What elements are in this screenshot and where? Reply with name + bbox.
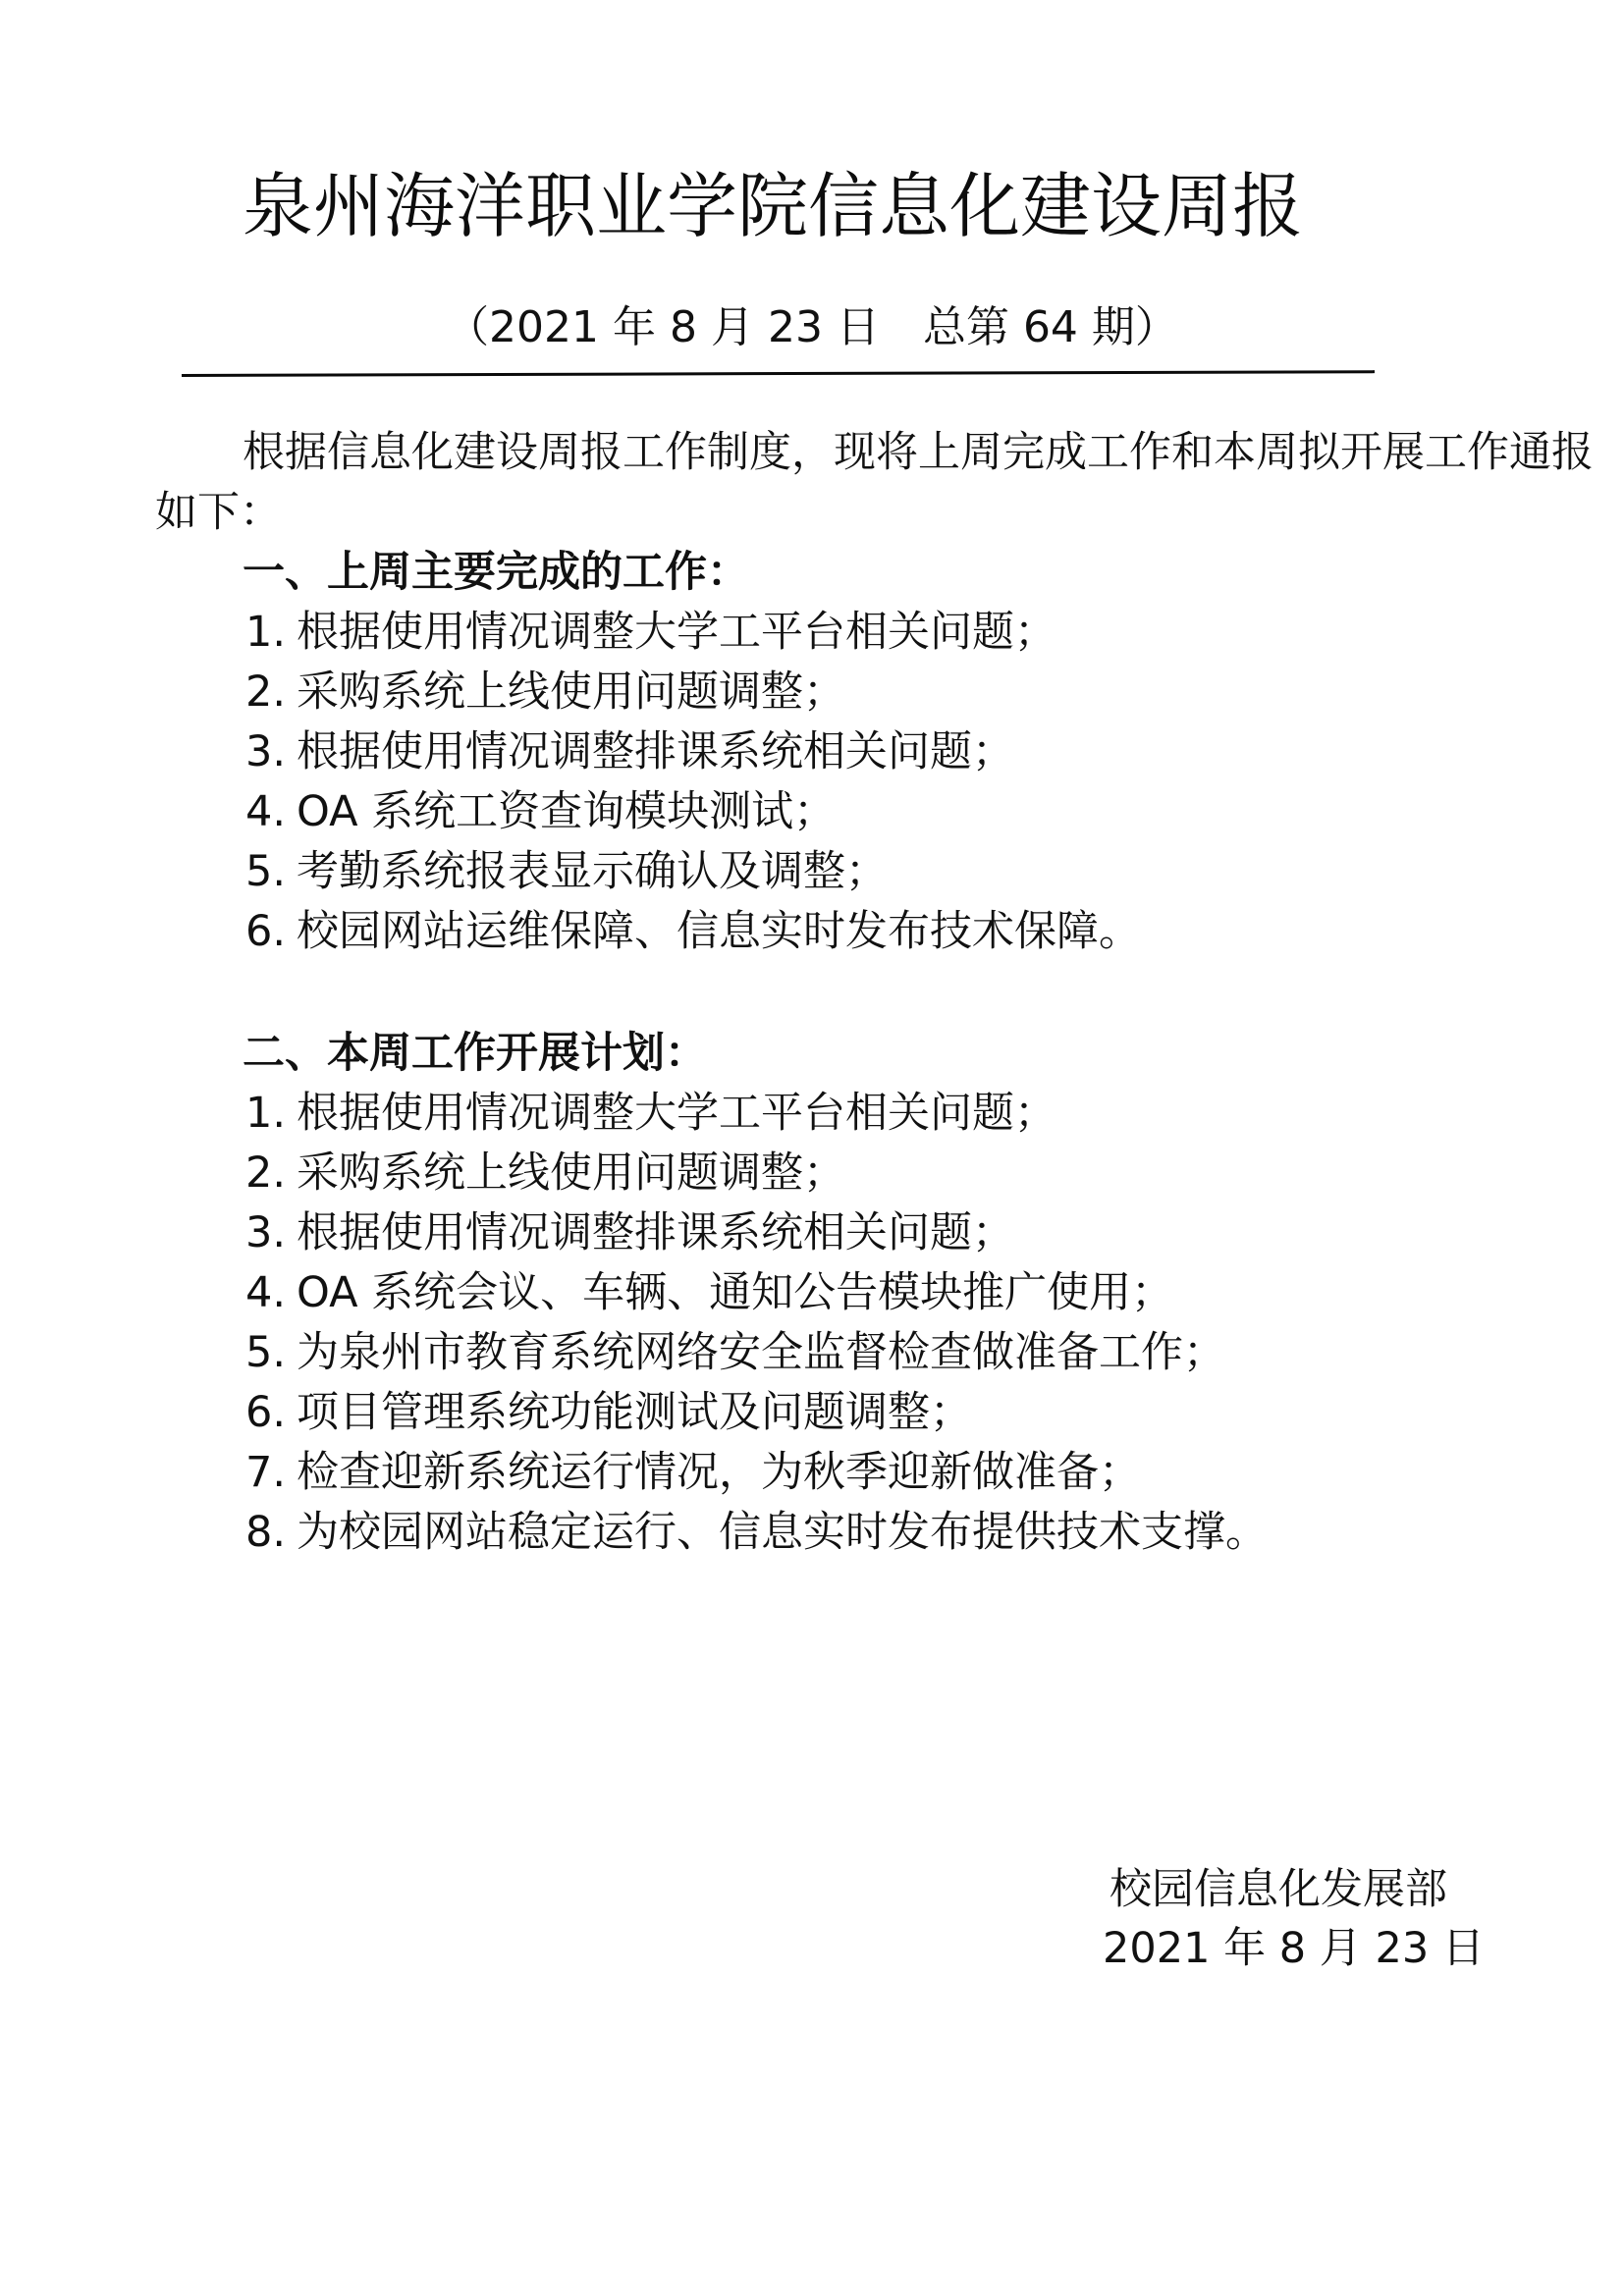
section2-heading: 二、本周工作开展计划：: [243, 1024, 707, 1084]
section1-item: 3.根据使用情况调整排课系统相关问题；: [245, 722, 1014, 782]
section1-item: 2.采购系统上线使用问题调整；: [245, 663, 845, 722]
signature-date: 2021 年 8 月 23 日: [1103, 1919, 1485, 1978]
item-text: 根据使用情况调整排课系统相关问题；: [297, 727, 1014, 776]
section2-item: 8.为校园网站稳定运行、信息实时发布提供技术支撑。: [245, 1503, 1268, 1563]
item-text: 根据使用情况调整排课系统相关问题；: [297, 1208, 1014, 1257]
item-text: 采购系统上线使用问题调整；: [297, 1148, 845, 1198]
item-number: 6.: [245, 902, 297, 962]
item-number: 6.: [245, 1383, 297, 1443]
item-text: 为校园网站稳定运行、信息实时发布提供技术支撑。: [297, 1508, 1268, 1557]
document-page: 泉州海洋职业学院信息化建设周报 （2021 年 8 月 23 日 总第 64 期…: [0, 0, 1624, 2296]
item-text: 检查迎新系统运行情况，为秋季迎新做准备；: [297, 1448, 1141, 1497]
document-title: 泉州海洋职业学院信息化建设周报: [243, 163, 1313, 249]
header-divider: [182, 370, 1375, 377]
item-number: 7.: [245, 1443, 297, 1503]
section1-item: 1.根据使用情况调整大学工平台相关问题；: [245, 603, 1056, 663]
item-number: 3.: [245, 722, 297, 782]
item-number: 2.: [245, 1144, 297, 1203]
item-text: 为泉州市教育系统网络安全监督检查做准备工作；: [297, 1328, 1225, 1377]
section1-item: 6.校园网站运维保障、信息实时发布技术保障。: [245, 902, 1141, 962]
intro-paragraph-line-1: 根据信息化建设周报工作制度，现将上周完成工作和本周拟开展工作通报: [243, 423, 1594, 483]
item-text: 校园网站运维保障、信息实时发布技术保障。: [297, 907, 1141, 956]
section2-item: 2.采购系统上线使用问题调整；: [245, 1144, 845, 1203]
section1-item: 5.考勤系统报表显示确认及调整；: [245, 842, 888, 902]
item-text: 项目管理系统功能测试及问题调整；: [297, 1388, 972, 1437]
item-text: 考勤系统报表显示确认及调整；: [297, 847, 888, 896]
issue-subtitle: （2021 年 8 月 23 日 总第 64 期）: [0, 298, 1624, 357]
item-text: 采购系统上线使用问题调整；: [297, 667, 845, 717]
item-number: 5.: [245, 1323, 297, 1383]
item-number: 8.: [245, 1503, 297, 1563]
section2-item: 1.根据使用情况调整大学工平台相关问题；: [245, 1084, 1056, 1144]
section2-item: 6.项目管理系统功能测试及问题调整；: [245, 1383, 972, 1443]
item-number: 5.: [245, 842, 297, 902]
item-number: 4.: [245, 1263, 297, 1323]
item-number: 1.: [245, 1084, 297, 1144]
item-number: 1.: [245, 603, 297, 663]
item-number: 3.: [245, 1203, 297, 1263]
section2-item: 4.OA 系统会议、车辆、通知公告模块推广使用；: [245, 1263, 1173, 1323]
section2-item: 5.为泉州市教育系统网络安全监督检查做准备工作；: [245, 1323, 1225, 1383]
section1-heading: 一、上周主要完成的工作：: [243, 543, 749, 603]
section1-item: 4.OA 系统工资查询模块测试；: [245, 782, 836, 842]
intro-paragraph-line-2: 如下：: [155, 483, 282, 543]
item-number: 4.: [245, 782, 297, 842]
item-number: 2.: [245, 663, 297, 722]
section2-item: 7.检查迎新系统运行情况，为秋季迎新做准备；: [245, 1443, 1141, 1503]
section2-item: 3.根据使用情况调整排课系统相关问题；: [245, 1203, 1014, 1263]
item-text: 根据使用情况调整大学工平台相关问题；: [297, 608, 1056, 657]
signature-department: 校园信息化发展部: [1110, 1860, 1447, 1919]
item-text: OA 系统会议、车辆、通知公告模块推广使用；: [297, 1268, 1173, 1317]
item-text: OA 系统工资查询模块测试；: [297, 787, 836, 836]
item-text: 根据使用情况调整大学工平台相关问题；: [297, 1089, 1056, 1138]
